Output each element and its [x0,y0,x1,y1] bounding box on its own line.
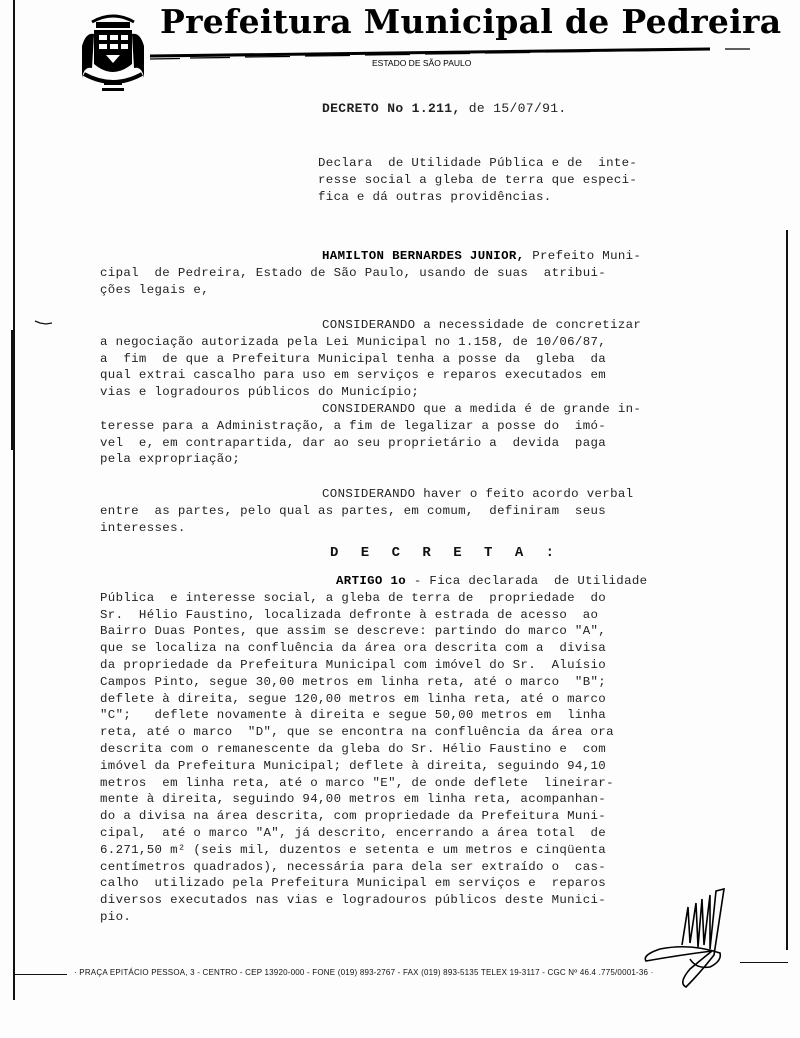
decreta-heading: D E C R E T A : [330,545,561,561]
article-1-paragraph: ARTIGO 1o - Fica declarada de Utilidade … [100,573,720,926]
considerando-lead: CONSIDERANDO [322,318,415,332]
footer-rule-right [740,962,788,963]
signer-name: HAMILTON BERNARDES JUNIOR, [322,249,524,263]
margin-pen-mark-icon [34,320,54,326]
considerando-paragraph-2: CONSIDERANDO que a medida é de grande in… [100,401,720,468]
decree-summary: Declara de Utilidade Pública e de inte- … [318,155,718,206]
considerando-paragraph-1: CONSIDERANDO a necessidade de concretiza… [100,317,720,401]
footer-address: · PRAÇA EPITÁCIO PESSOA, 3 - CENTRO - CE… [74,968,653,977]
footer-rule-left [15,974,67,975]
preamble-text: cipal de Pedreira, Estado de São Paulo, … [100,266,606,297]
considerando-lead: CONSIDERANDO [322,402,415,416]
signature-icon [640,885,760,990]
scan-edge-right [786,230,788,950]
preamble-paragraph: HAMILTON BERNARDES JUNIOR, Prefeito Muni… [100,248,720,298]
scan-edge-left-secondary [11,330,13,450]
decree-date: de 15/07/91. [469,101,567,116]
coat-of-arms-icon [78,8,148,96]
article-label: ARTIGO 1o [336,574,406,588]
scan-edge-left [13,0,15,1000]
scanned-decree-page: Prefeitura Municipal de Pedreira ESTADO … [0,0,800,1038]
decree-number: DECRETO No 1.211, de 15/07/91. [322,101,567,116]
letterhead-state: ESTADO DE SÃO PAULO [372,58,471,68]
considerando-paragraph-3: CONSIDERANDO haver o feito acordo verbal… [100,486,720,536]
article-text: - Fica declarada de Utilidade Pública e … [100,574,647,924]
considerando-lead: CONSIDERANDO [322,487,415,501]
decree-number-label: DECRETO No 1.211, [322,101,461,116]
preamble-line1: Prefeito Muni- [524,249,641,263]
letterhead-title: Prefeitura Municipal de Pedreira [160,2,781,41]
